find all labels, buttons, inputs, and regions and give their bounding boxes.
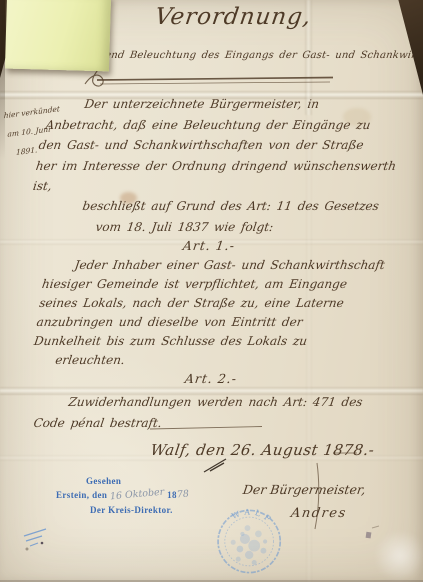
paragraph-4: Zuwiderhandlungen werden nach Art: 471 d… [52,392,364,434]
signature-name: Andres [290,506,348,521]
stamp-seen-label: Gesehen [86,474,189,488]
paragraph-line: Dunkelheit bis zum Schlusse des Lokals z… [33,332,376,351]
stamp-handwritten-date: 16 Oktober [109,486,164,505]
sticky-note: 640 [5,0,111,71]
paragraph-line: her im Interesse der Ordnung dringend wü… [34,156,397,177]
paragraph-line: den Gast- und Schankwirthschaften von de… [37,135,400,156]
paragraph-line: seines Lokals, nach der Straße zu, eine … [38,294,381,313]
stamp-place-date-line: Erstein, den 16 Oktober 1878 [56,488,189,503]
signature-title: Der Bürgermeister, [242,482,367,497]
paragraph-line: Zuwiderhandlungen werden nach Art: 471 d… [67,392,364,413]
approval-stamp: Gesehen Erstein, den 16 Oktober 1878 Der… [56,474,189,517]
date-line: Walf, den 26. August 1878.- [149,441,375,459]
flash-glare [372,532,423,580]
stamp-handwritten-year: 78 [176,488,189,503]
paragraph-line: Jeder Inhaber einer Gast- und Schankwirt… [73,256,386,275]
paragraph-line: ist, [32,176,395,197]
stamp-place-label: Erstein, den [56,490,107,500]
article-1-heading: Art. 1.- [182,238,236,253]
document-title: Verordnung, [146,4,320,30]
paragraph-line: erleuchten. [54,351,373,370]
paragraph-line: Der unterzeichnete Bürgermeister, in [83,94,406,115]
paragraph-3: Jeder Inhaber einer Gast- und Schankwirt… [30,256,386,370]
paragraph-line: Code pénal bestraft. [32,413,361,434]
article-2-heading: Art. 2.- [184,371,238,386]
document-subtitle: betreffend Beleuchtung des Eingangs der … [68,50,423,61]
stamp-office-label: Der Kreis-Direktor. [90,503,189,517]
stamp-year-printed: 18 [167,490,177,500]
paragraph-1: Der unterzeichnete Bürgermeister, in Anb… [32,94,407,197]
paragraph-line: beschließt auf Grund des Art: 11 des Ges… [81,196,380,217]
paragraph-line: vom 18. Juli 1837 wie folgt: [94,217,377,238]
paragraph-line: hiesiger Gemeinde ist verpflichtet, am E… [41,275,384,294]
paragraph-2: beschließt auf Grund des Art: 11 des Ges… [78,196,380,238]
paper-left-edge-shadow [0,0,5,160]
photo-of-document: hier verkündet am 10. Juni 1891. Verordn… [0,0,423,582]
paragraph-line: Anbetracht, daß eine Beleuchtung der Ein… [44,115,403,136]
paragraph-line: anzubringen und dieselbe von Eintritt de… [35,313,378,332]
